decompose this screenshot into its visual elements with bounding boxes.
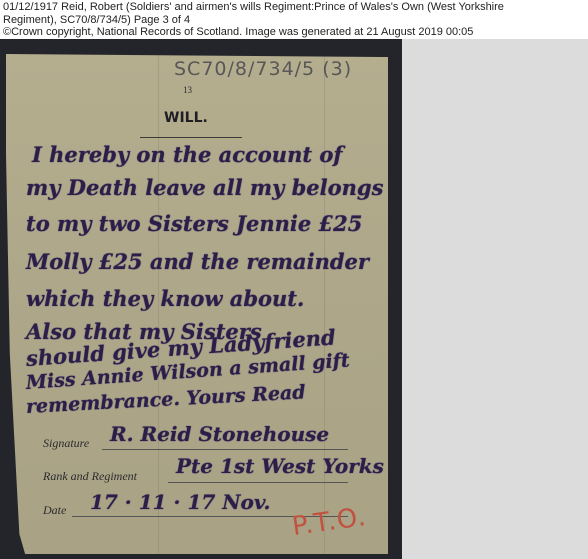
- handwritten-line: I hereby on the account of: [32, 142, 342, 167]
- will-title: WILL.: [164, 110, 208, 126]
- record-title-line-1: 01/12/1917 Reid, Robert (Soldiers' and a…: [3, 1, 588, 14]
- rank-regiment-value: Pte 1st West Yorks: [176, 454, 384, 478]
- handwritten-line: which they know about.: [26, 286, 304, 311]
- rank-regiment-rule: [168, 482, 348, 483]
- record-header: 01/12/1917 Reid, Robert (Soldiers' and a…: [0, 0, 588, 39]
- date-value: 17 · 11 · 17 Nov.: [90, 490, 270, 514]
- image-viewer: SC70/8/734/5 (3) 13 WILL. I hereby on th…: [0, 39, 588, 559]
- scanned-document-image: SC70/8/734/5 (3) 13 WILL. I hereby on th…: [0, 39, 402, 559]
- handwritten-line: Molly £25 and the remainder: [26, 249, 369, 274]
- copyright-line: ©Crown copyright, National Records of Sc…: [3, 26, 588, 39]
- signature-rule: [102, 449, 348, 450]
- handwritten-line: my Death leave all my belongs: [26, 175, 383, 200]
- date-label: Date: [43, 503, 66, 518]
- handwritten-line: to my two Sisters Jennie £25: [26, 211, 362, 236]
- rank-regiment-label: Rank and Regiment: [43, 469, 137, 484]
- reference-stamp: SC70/8/734/5 (3): [174, 58, 352, 80]
- record-title-line-2: Regiment), SC70/8/734/5) Page 3 of 4: [3, 14, 588, 27]
- title-underline: [140, 137, 242, 138]
- signature-label: Signature: [43, 436, 89, 451]
- page-number: 13: [183, 85, 192, 95]
- fold-line: [324, 54, 325, 554]
- will-paper: SC70/8/734/5 (3) 13 WILL. I hereby on th…: [6, 54, 388, 554]
- signature-value: R. Reid Stonehouse: [110, 422, 329, 446]
- pto-annotation: P.T.O.: [290, 502, 368, 542]
